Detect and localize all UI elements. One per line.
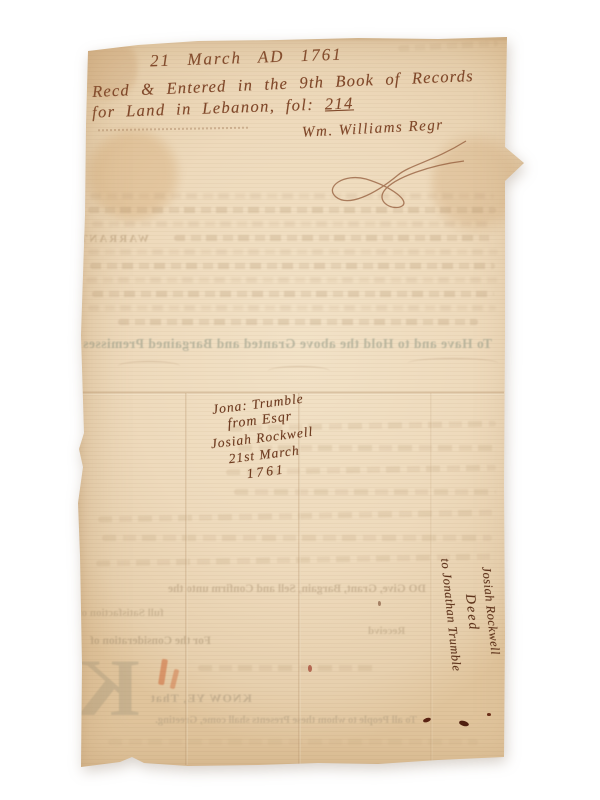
paper-sheet: WARRANT To Have and to Hold the above Gr… [0, 0, 600, 800]
paper-surface: WARRANT To Have and to Hold the above Gr… [78, 35, 528, 770]
edge-vignette [78, 35, 528, 770]
document-photo: WARRANT To Have and to Hold the above Gr… [0, 0, 600, 800]
